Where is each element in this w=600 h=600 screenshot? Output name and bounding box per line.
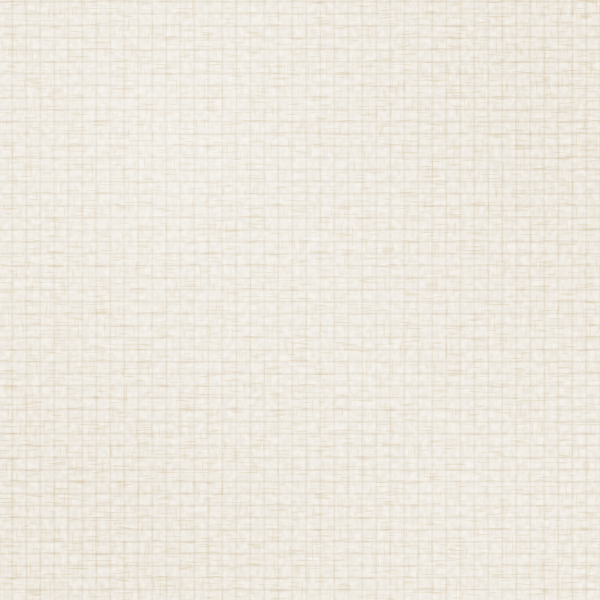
fabric-sheen (0, 0, 600, 600)
fabric-texture-image (0, 0, 600, 600)
